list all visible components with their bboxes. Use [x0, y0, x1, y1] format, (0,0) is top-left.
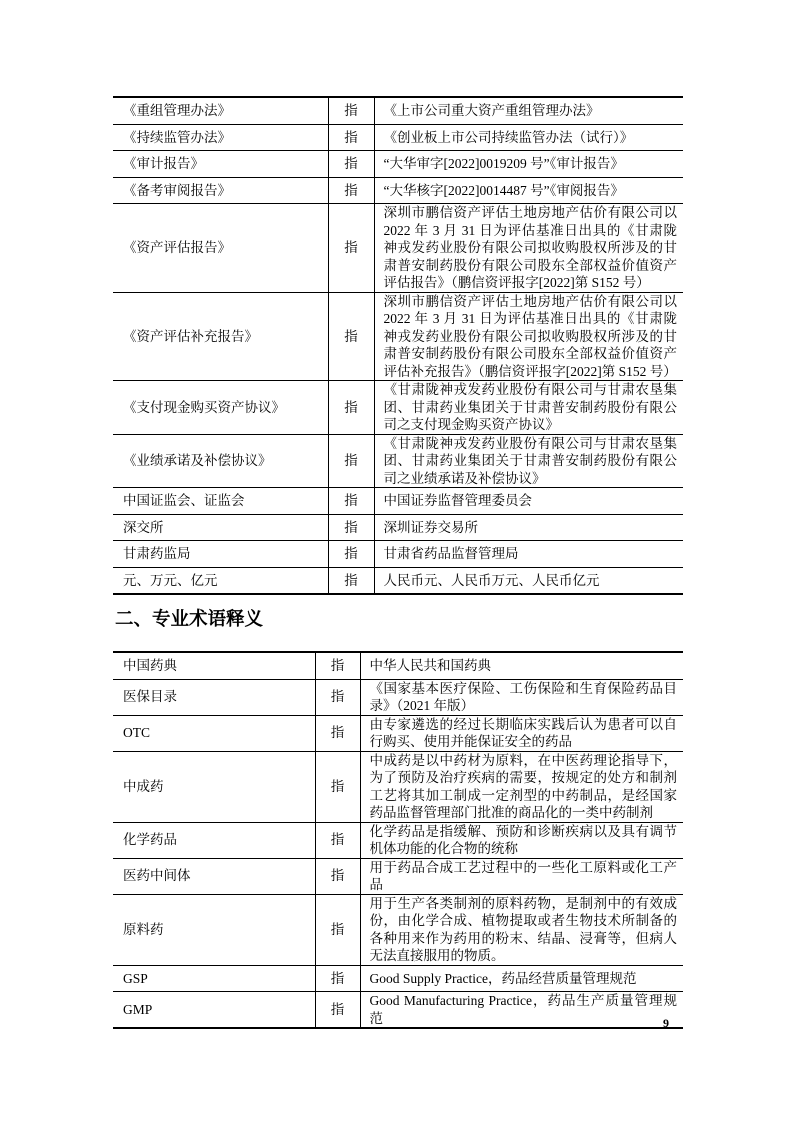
refers-cell: 指 — [315, 715, 360, 751]
page-number: 9 — [663, 1016, 669, 1031]
refers-cell: 指 — [328, 97, 374, 124]
definition-cell: 甘肃省药品监督管理局 — [374, 541, 683, 568]
definition-cell: 《上市公司重大资产重组管理办法》 — [374, 97, 683, 124]
table-row: 《业绩承诺及补偿协议》 指 《甘肃陇神戎发药业股份有限公司与甘肃农垦集团、甘肃药… — [113, 434, 683, 488]
term-cell: 《资产评估报告》 — [113, 204, 328, 293]
term-cell: 原料药 — [113, 894, 315, 965]
refers-cell: 指 — [328, 124, 374, 151]
definition-cell: 中华人民共和国药典 — [360, 652, 683, 679]
definition-cell: 《创业板上市公司持续监管办法（试行）》 — [374, 124, 683, 151]
table-row: GSP 指 Good Supply Practice，药品经营质量管理规范 — [113, 965, 683, 992]
definition-cell: “大华核字[2022]0014487 号”《审阅报告》 — [374, 177, 683, 204]
definition-cell: 深圳市鹏信资产评估土地房地产估价有限公司以 2022 年 3 月 31 日为评估… — [374, 292, 683, 381]
refers-cell: 指 — [328, 488, 374, 515]
table-row: 医药中间体 指 用于药品合成工艺过程中的一些化工原料或化工产品 — [113, 858, 683, 894]
table-row: 中成药 指 中成药是以中药材为原料，在中医药理论指导下，为了预防及治疗疾病的需要… — [113, 751, 683, 822]
term-cell: 《重组管理办法》 — [113, 97, 328, 124]
table-row: 《重组管理办法》 指 《上市公司重大资产重组管理办法》 — [113, 97, 683, 124]
term-cell: OTC — [113, 715, 315, 751]
term-cell: GSP — [113, 965, 315, 992]
term-cell: 《持续监管办法》 — [113, 124, 328, 151]
definition-cell: Good Supply Practice，药品经营质量管理规范 — [360, 965, 683, 992]
refers-cell: 指 — [328, 567, 374, 594]
definition-cell: 用于生产各类制剂的原料药物，是制剂中的有效成份，由化学合成、植物提取或者生物技术… — [360, 894, 683, 965]
definition-cell: 深圳市鹏信资产评估土地房地产估价有限公司以 2022 年 3 月 31 日为评估… — [374, 204, 683, 293]
table-row: 元、万元、亿元 指 人民币元、人民币万元、人民币亿元 — [113, 567, 683, 594]
refers-cell: 指 — [328, 541, 374, 568]
term-cell: 元、万元、亿元 — [113, 567, 328, 594]
definition-cell: 由专家遴选的经过长期临床实践后认为患者可以自行购买、使用并能保证安全的药品 — [360, 715, 683, 751]
definition-cell: 中国证券监督管理委员会 — [374, 488, 683, 515]
term-cell: 医保目录 — [113, 679, 315, 715]
term-cell: 中成药 — [113, 751, 315, 822]
table-row: 《备考审阅报告》 指 “大华核字[2022]0014487 号”《审阅报告》 — [113, 177, 683, 204]
definition-cell: “大华审字[2022]0019209 号”《审计报告》 — [374, 151, 683, 178]
term-cell: 《备考审阅报告》 — [113, 177, 328, 204]
document-page: 《重组管理办法》 指 《上市公司重大资产重组管理办法》 《持续监管办法》 指 《… — [113, 0, 683, 1029]
term-cell: 《审计报告》 — [113, 151, 328, 178]
term-cell: 《支付现金购买资产协议》 — [113, 381, 328, 435]
definition-cell: 用于药品合成工艺过程中的一些化工原料或化工产品 — [360, 858, 683, 894]
table-row: 中国药典 指 中华人民共和国药典 — [113, 652, 683, 679]
refers-cell: 指 — [328, 514, 374, 541]
definition-cell: 《甘肃陇神戎发药业股份有限公司与甘肃农垦集团、甘肃药业集团关于甘肃普安制药股份有… — [374, 381, 683, 435]
table-row: 《资产评估报告》 指 深圳市鹏信资产评估土地房地产估价有限公司以 2022 年 … — [113, 204, 683, 293]
refers-cell: 指 — [315, 965, 360, 992]
definition-cell: 人民币元、人民币万元、人民币亿元 — [374, 567, 683, 594]
table-row: 《支付现金购买资产协议》 指 《甘肃陇神戎发药业股份有限公司与甘肃农垦集团、甘肃… — [113, 381, 683, 435]
refers-cell: 指 — [315, 894, 360, 965]
terms-table: 中国药典 指 中华人民共和国药典 医保目录 指 《国家基本医疗保险、工伤保险和生… — [113, 651, 683, 1029]
term-cell: 中国药典 — [113, 652, 315, 679]
refers-cell: 指 — [315, 679, 360, 715]
refers-cell: 指 — [328, 204, 374, 293]
refers-cell: 指 — [315, 858, 360, 894]
term-cell: GMP — [113, 992, 315, 1029]
table-row: 医保目录 指 《国家基本医疗保险、工伤保险和生育保险药品目录》（2021 年版） — [113, 679, 683, 715]
refers-cell: 指 — [328, 151, 374, 178]
definition-cell: 中成药是以中药材为原料，在中医药理论指导下，为了预防及治疗疾病的需要，按规定的处… — [360, 751, 683, 822]
table-row: 深交所 指 深圳证券交易所 — [113, 514, 683, 541]
refers-cell: 指 — [315, 652, 360, 679]
refers-cell: 指 — [328, 381, 374, 435]
refers-cell: 指 — [315, 822, 360, 858]
table-row: 《持续监管办法》 指 《创业板上市公司持续监管办法（试行）》 — [113, 124, 683, 151]
definition-cell: 《国家基本医疗保险、工伤保险和生育保险药品目录》（2021 年版） — [360, 679, 683, 715]
table-row: GMP 指 Good Manufacturing Practice，药品生产质量… — [113, 992, 683, 1029]
section-heading: 二、专业术语释义 — [115, 608, 683, 632]
table-row: 《审计报告》 指 “大华审字[2022]0019209 号”《审计报告》 — [113, 151, 683, 178]
definition-cell: Good Manufacturing Practice，药品生产质量管理规范 — [360, 992, 683, 1029]
table-row: 化学药品 指 化学药品是指缓解、预防和诊断疾病以及具有调节机体功能的化合物的统称 — [113, 822, 683, 858]
refers-cell: 指 — [328, 177, 374, 204]
refers-cell: 指 — [328, 434, 374, 488]
definitions-table: 《重组管理办法》 指 《上市公司重大资产重组管理办法》 《持续监管办法》 指 《… — [113, 96, 683, 595]
term-cell: 医药中间体 — [113, 858, 315, 894]
term-cell: 《业绩承诺及补偿协议》 — [113, 434, 328, 488]
definition-cell: 化学药品是指缓解、预防和诊断疾病以及具有调节机体功能的化合物的统称 — [360, 822, 683, 858]
table-row: 原料药 指 用于生产各类制剂的原料药物，是制剂中的有效成份，由化学合成、植物提取… — [113, 894, 683, 965]
definition-cell: 《甘肃陇神戎发药业股份有限公司与甘肃农垦集团、甘肃药业集团关于甘肃普安制药股份有… — [374, 434, 683, 488]
refers-cell: 指 — [315, 751, 360, 822]
refers-cell: 指 — [328, 292, 374, 381]
term-cell: 甘肃药监局 — [113, 541, 328, 568]
term-cell: 《资产评估补充报告》 — [113, 292, 328, 381]
term-cell: 化学药品 — [113, 822, 315, 858]
term-cell: 中国证监会、证监会 — [113, 488, 328, 515]
refers-cell: 指 — [315, 992, 360, 1029]
table-row: OTC 指 由专家遴选的经过长期临床实践后认为患者可以自行购买、使用并能保证安全… — [113, 715, 683, 751]
definition-cell: 深圳证券交易所 — [374, 514, 683, 541]
table-row: 《资产评估补充报告》 指 深圳市鹏信资产评估土地房地产估价有限公司以 2022 … — [113, 292, 683, 381]
term-cell: 深交所 — [113, 514, 328, 541]
table-row: 中国证监会、证监会 指 中国证券监督管理委员会 — [113, 488, 683, 515]
table-row: 甘肃药监局 指 甘肃省药品监督管理局 — [113, 541, 683, 568]
